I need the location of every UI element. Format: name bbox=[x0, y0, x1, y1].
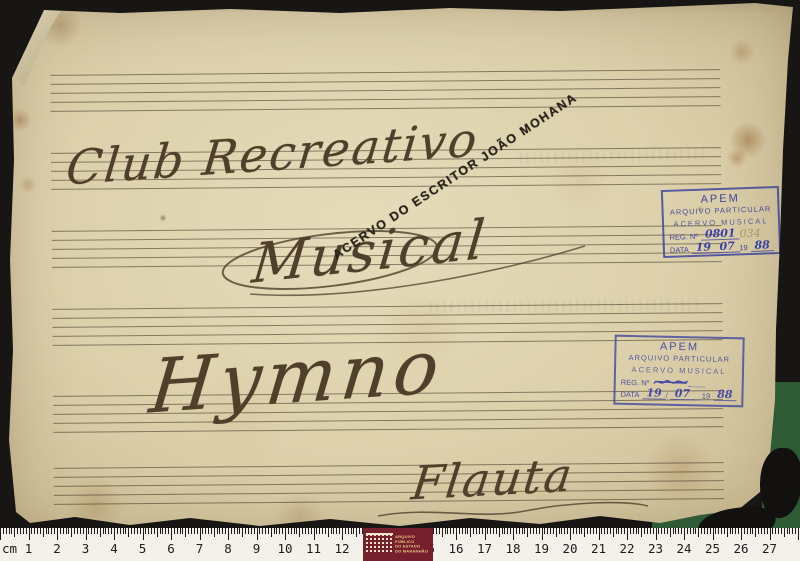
ruler-tick bbox=[228, 528, 229, 540]
ruler-tick bbox=[214, 528, 215, 537]
ruler-tick bbox=[636, 528, 637, 534]
ruler-tick bbox=[148, 528, 149, 534]
ruler-tick bbox=[621, 528, 622, 534]
staff-line bbox=[54, 489, 724, 496]
dotted-line bbox=[694, 392, 702, 400]
ruler-tick bbox=[721, 528, 722, 534]
digitized-manuscript-photo: Club Recreativo Musical Hymno Flauta ACE… bbox=[0, 0, 800, 561]
ruler-tick bbox=[684, 528, 685, 540]
staff-line bbox=[51, 105, 721, 112]
ruler-tick bbox=[271, 528, 272, 537]
ruler-number: 2 bbox=[53, 541, 61, 556]
building-icon bbox=[366, 533, 393, 556]
ruler-tick bbox=[248, 528, 249, 534]
ruler-tick bbox=[3, 528, 4, 534]
ruler-tick bbox=[547, 528, 548, 534]
ruler-tick bbox=[100, 528, 101, 537]
ruler-tick bbox=[151, 528, 152, 534]
ruler-tick bbox=[251, 528, 252, 534]
ruler-number: 22 bbox=[619, 541, 634, 556]
ruler-tick bbox=[245, 528, 246, 534]
stamp-line-arquivo-particular: ARQUIVO PARTICULAR bbox=[621, 353, 737, 364]
ruler-tick bbox=[650, 528, 651, 534]
ruler-tick bbox=[262, 528, 263, 534]
ruler-tick bbox=[770, 528, 771, 540]
ruler-tick bbox=[715, 528, 716, 534]
ruler-tick bbox=[339, 528, 340, 534]
ruler-tick bbox=[131, 528, 132, 534]
ruler-number: 7 bbox=[196, 541, 204, 556]
ruler-number: 26 bbox=[733, 541, 748, 556]
ruler-tick bbox=[328, 528, 329, 537]
ruler-tick bbox=[593, 528, 594, 534]
ruler-tick bbox=[730, 528, 731, 534]
ruler-tick bbox=[125, 528, 126, 534]
ruler-tick bbox=[533, 528, 534, 534]
ruler-tick bbox=[647, 528, 648, 534]
date-month: 07 bbox=[671, 390, 695, 400]
ruler-tick bbox=[670, 528, 671, 537]
staff bbox=[50, 69, 720, 112]
ruler-tick bbox=[114, 528, 115, 540]
ruler-tick bbox=[633, 528, 634, 534]
ruler-tick bbox=[299, 528, 300, 537]
ruler-tick bbox=[14, 528, 15, 537]
ruler-tick bbox=[314, 528, 315, 540]
ruler-tick bbox=[68, 528, 69, 534]
ruler-tick bbox=[701, 528, 702, 534]
ruler-tick bbox=[305, 528, 306, 534]
ruler-tick bbox=[644, 528, 645, 534]
ruler-tick bbox=[561, 528, 562, 534]
ruler-tick bbox=[97, 528, 98, 534]
ruler-tick bbox=[103, 528, 104, 534]
ruler-tick bbox=[727, 528, 728, 537]
ruler-tick bbox=[9, 528, 10, 534]
ruler-tick bbox=[664, 528, 665, 534]
staff-line bbox=[54, 462, 724, 469]
ruler-tick bbox=[200, 528, 201, 540]
ruler-tick bbox=[487, 528, 488, 534]
ruler-tick bbox=[784, 528, 785, 537]
ruler-tick bbox=[467, 528, 468, 534]
ruler-tick bbox=[462, 528, 463, 534]
staff bbox=[54, 462, 724, 505]
ruler-tick bbox=[94, 528, 95, 534]
ruler-tick bbox=[607, 528, 608, 534]
ruler-tick bbox=[279, 528, 280, 534]
ruler-tick bbox=[120, 528, 121, 534]
ruler-tick bbox=[470, 528, 471, 537]
ruler-tick bbox=[573, 528, 574, 534]
ruler-number: 20 bbox=[562, 541, 577, 556]
ruler-tick bbox=[162, 528, 163, 534]
ruler-tick bbox=[687, 528, 688, 534]
ruler-tick bbox=[134, 528, 135, 534]
ruler-tick bbox=[596, 528, 597, 534]
ruler-tick bbox=[590, 528, 591, 534]
ruler-tick bbox=[0, 528, 1, 540]
ruler-tick bbox=[576, 528, 577, 534]
stamp-line-acervo-musical: ACERVO MUSICAL bbox=[621, 365, 737, 376]
ruler-tick bbox=[237, 528, 238, 534]
ruler-number: 23 bbox=[648, 541, 663, 556]
ruler-tick bbox=[137, 528, 138, 534]
ruler-tick bbox=[510, 528, 511, 534]
ruler-tick bbox=[296, 528, 297, 534]
ruler-tick bbox=[553, 528, 554, 534]
ruler-tick bbox=[336, 528, 337, 534]
ruler-tick bbox=[764, 528, 765, 534]
ruler-tick bbox=[225, 528, 226, 534]
ruler-tick bbox=[539, 528, 540, 534]
ruler-tick bbox=[168, 528, 169, 534]
ruler-number: 10 bbox=[277, 541, 292, 556]
ruler-tick bbox=[311, 528, 312, 534]
ruler-tick bbox=[570, 528, 571, 540]
ruler-tick bbox=[239, 528, 240, 534]
ruler-tick bbox=[550, 528, 551, 534]
ruler-tick bbox=[177, 528, 178, 534]
ruler-tick bbox=[211, 528, 212, 534]
date-day: 19 bbox=[692, 243, 716, 254]
ruler-number: 25 bbox=[705, 541, 720, 556]
ruler-tick bbox=[490, 528, 491, 534]
ruler-tick bbox=[23, 528, 24, 534]
ruler-tick bbox=[63, 528, 64, 534]
ruler-tick bbox=[20, 528, 21, 534]
stamp-date-row: DATA 19 07 19 88 bbox=[670, 241, 774, 254]
apem-archive-stamp-2: APEM ARQUIVO PARTICULAR ACERVO MUSICAL R… bbox=[613, 335, 744, 408]
date-separator: / bbox=[666, 392, 668, 400]
ruler-tick bbox=[208, 528, 209, 534]
ruler-tick bbox=[316, 528, 317, 534]
ruler-tick bbox=[274, 528, 275, 534]
ruler-tick bbox=[681, 528, 682, 534]
ruler-tick bbox=[302, 528, 303, 534]
ruler-tick bbox=[747, 528, 748, 534]
ruler-tick bbox=[750, 528, 751, 534]
staff-line bbox=[50, 69, 720, 76]
ruler-tick bbox=[610, 528, 611, 534]
ruler-tick bbox=[257, 528, 258, 540]
ruler-tick bbox=[66, 528, 67, 534]
ruler-number: 24 bbox=[676, 541, 691, 556]
ruler-tick bbox=[140, 528, 141, 534]
ruler-tick bbox=[599, 528, 600, 540]
ruler-tick bbox=[724, 528, 725, 534]
ruler-tick bbox=[60, 528, 61, 534]
ruler-tick bbox=[473, 528, 474, 534]
ruler-tick bbox=[171, 528, 172, 540]
date-year: 88 bbox=[713, 391, 737, 401]
ruler-tick bbox=[735, 528, 736, 534]
ruler-tick bbox=[282, 528, 283, 534]
ruler-tick bbox=[718, 528, 719, 534]
ruler-tick bbox=[157, 528, 158, 537]
ruler-tick bbox=[604, 528, 605, 534]
ruler-tick bbox=[656, 528, 657, 540]
ruler-tick bbox=[690, 528, 691, 534]
ruler-tick bbox=[530, 528, 531, 534]
ruler-tick bbox=[738, 528, 739, 534]
ruler-tick bbox=[86, 528, 87, 540]
ruler-tick bbox=[34, 528, 35, 534]
ruler-tick bbox=[54, 528, 55, 534]
ruler-tick bbox=[433, 528, 434, 534]
staff-line bbox=[50, 87, 720, 94]
ruler-tick bbox=[601, 528, 602, 534]
ruler-number: 11 bbox=[306, 541, 321, 556]
ruler-tick bbox=[527, 528, 528, 537]
staff-line bbox=[50, 96, 720, 103]
ruler-tick bbox=[46, 528, 47, 534]
ruler-number: 4 bbox=[110, 541, 118, 556]
ruler-tick bbox=[496, 528, 497, 534]
ruler-tick bbox=[504, 528, 505, 534]
ruler-tick bbox=[544, 528, 545, 534]
ruler-tick bbox=[624, 528, 625, 534]
ruler-tick bbox=[43, 528, 44, 537]
apem-logo-plate: ARQUIVO PÚBLICO DO ESTADO DO MARANHÃO bbox=[363, 528, 433, 561]
ruler-tick bbox=[482, 528, 483, 534]
ruler-tick bbox=[185, 528, 186, 537]
ruler-tick bbox=[789, 528, 790, 534]
ruler-number: 9 bbox=[253, 541, 261, 556]
staff-line bbox=[54, 480, 724, 487]
ruler-tick bbox=[499, 528, 500, 537]
ruler-tick bbox=[265, 528, 266, 534]
date-year: 88 bbox=[750, 241, 774, 252]
ruler-number: 18 bbox=[505, 541, 520, 556]
ruler-number: 21 bbox=[591, 541, 606, 556]
ruler-tick bbox=[160, 528, 161, 534]
ruler-tick bbox=[6, 528, 7, 534]
ruler-tick bbox=[180, 528, 181, 534]
date-label: DATA bbox=[620, 391, 639, 399]
ruler-tick bbox=[71, 528, 72, 537]
ruler-number: 16 bbox=[448, 541, 463, 556]
ruler-tick bbox=[442, 528, 443, 537]
ruler-tick bbox=[713, 528, 714, 540]
ruler-tick bbox=[37, 528, 38, 534]
ruler-tick bbox=[231, 528, 232, 534]
ruler-tick bbox=[542, 528, 543, 540]
ruler-tick bbox=[191, 528, 192, 534]
ruler-tick bbox=[704, 528, 705, 534]
ruler-tick bbox=[661, 528, 662, 534]
ruler-tick bbox=[502, 528, 503, 534]
ruler-tick bbox=[516, 528, 517, 534]
ruler-tick bbox=[630, 528, 631, 534]
ruler-tick bbox=[83, 528, 84, 534]
ruler-tick bbox=[117, 528, 118, 534]
ruler-number: 12 bbox=[334, 541, 349, 556]
ruler-tick bbox=[353, 528, 354, 534]
manuscript-paper: Club Recreativo Musical Hymno Flauta ACE… bbox=[0, 0, 800, 545]
ruler-tick bbox=[222, 528, 223, 534]
ruler-number: 1 bbox=[25, 541, 33, 556]
ruler-unit-label: cm bbox=[2, 541, 17, 556]
ruler-number: 19 bbox=[534, 541, 549, 556]
ruler-tick bbox=[17, 528, 18, 534]
ruler-tick bbox=[31, 528, 32, 534]
ruler-number: 6 bbox=[167, 541, 175, 556]
ruler-tick bbox=[522, 528, 523, 534]
ruler-tick bbox=[439, 528, 440, 534]
ruler-tick bbox=[447, 528, 448, 534]
ruler-tick bbox=[294, 528, 295, 534]
ruler-tick bbox=[194, 528, 195, 534]
ruler-tick bbox=[205, 528, 206, 534]
apem-logo-text: ARQUIVO PÚBLICO DO ESTADO DO MARANHÃO bbox=[395, 535, 428, 554]
ruler-tick bbox=[513, 528, 514, 540]
staff-line bbox=[52, 312, 722, 319]
ruler-tick bbox=[459, 528, 460, 534]
ruler-tick bbox=[77, 528, 78, 534]
ruler-tick bbox=[741, 528, 742, 540]
ruler-tick bbox=[752, 528, 753, 534]
ruler-tick bbox=[781, 528, 782, 534]
ruler-tick bbox=[564, 528, 565, 534]
staff-line bbox=[50, 78, 720, 85]
ruler-tick bbox=[587, 528, 588, 534]
ruler-tick bbox=[465, 528, 466, 534]
ruler-tick bbox=[536, 528, 537, 534]
date-century-printed: 19 bbox=[739, 244, 748, 252]
ruler-tick bbox=[188, 528, 189, 534]
ruler-tick bbox=[641, 528, 642, 537]
ruler-tick bbox=[450, 528, 451, 534]
ruler-tick bbox=[242, 528, 243, 537]
ruler-tick bbox=[616, 528, 617, 534]
ruler-tick bbox=[707, 528, 708, 534]
ruler-tick bbox=[145, 528, 146, 534]
ruler-tick bbox=[678, 528, 679, 534]
ruler-tick bbox=[348, 528, 349, 534]
ruler-tick bbox=[197, 528, 198, 534]
ruler-tick bbox=[308, 528, 309, 534]
ruler-tick bbox=[675, 528, 676, 534]
ruler-tick bbox=[128, 528, 129, 537]
ruler-tick bbox=[584, 528, 585, 537]
ruler-tick bbox=[48, 528, 49, 534]
ruler-tick bbox=[276, 528, 277, 534]
ruler-tick bbox=[359, 528, 360, 534]
ruler-number: 3 bbox=[82, 541, 90, 556]
ruler-tick bbox=[91, 528, 92, 534]
ruler-tick bbox=[322, 528, 323, 534]
ruler-tick bbox=[775, 528, 776, 534]
ruler-tick bbox=[556, 528, 557, 537]
ruler-tick bbox=[698, 528, 699, 537]
ruler-tick bbox=[493, 528, 494, 534]
ruler-tick bbox=[105, 528, 106, 534]
date-month: 07 bbox=[715, 242, 739, 253]
ruler-tick bbox=[57, 528, 58, 540]
staff-line bbox=[54, 498, 724, 505]
ruler-tick bbox=[202, 528, 203, 534]
ruler-tick bbox=[319, 528, 320, 534]
ruler-tick bbox=[217, 528, 218, 534]
ruler-tick bbox=[154, 528, 155, 534]
ruler-tick bbox=[219, 528, 220, 534]
ruler-tick bbox=[618, 528, 619, 534]
ruler-tick bbox=[351, 528, 352, 534]
ruler-tick bbox=[519, 528, 520, 534]
ruler-tick bbox=[40, 528, 41, 534]
ruler-tick bbox=[445, 528, 446, 534]
ruler-tick bbox=[787, 528, 788, 534]
handwritten-title-flauta: Flauta bbox=[409, 448, 577, 511]
ruler-tick bbox=[667, 528, 668, 534]
ruler-tick bbox=[342, 528, 343, 540]
ruler-tick bbox=[693, 528, 694, 534]
ruler-tick bbox=[259, 528, 260, 534]
ruler-tick bbox=[80, 528, 81, 534]
ruler-tick bbox=[356, 528, 357, 537]
reg-label: REG. Nº bbox=[669, 233, 698, 241]
ruler-tick bbox=[695, 528, 696, 534]
ruler-tick bbox=[74, 528, 75, 534]
ruler-tick bbox=[755, 528, 756, 537]
logo-line: DO MARANHÃO bbox=[395, 549, 428, 554]
ruler-tick bbox=[174, 528, 175, 534]
ruler-tick bbox=[798, 528, 799, 540]
ruler-tick bbox=[325, 528, 326, 534]
ruler-tick bbox=[627, 528, 628, 540]
ruler-tick bbox=[285, 528, 286, 540]
measurement-ruler: cm 1234567891011121314151617181920212223… bbox=[0, 528, 800, 561]
ruler-tick bbox=[507, 528, 508, 534]
ruler-tick bbox=[778, 528, 779, 534]
ruler-tick bbox=[234, 528, 235, 534]
date-day: 19 bbox=[642, 389, 666, 399]
stamp-date-row: DATA 19 / 07 19 88 bbox=[620, 389, 736, 401]
ruler-tick bbox=[182, 528, 183, 534]
ruler-tick bbox=[143, 528, 144, 540]
ruler-tick bbox=[581, 528, 582, 534]
ruler-tick bbox=[254, 528, 255, 534]
ruler-tick bbox=[456, 528, 457, 540]
ruler-number: 27 bbox=[762, 541, 777, 556]
ruler-tick bbox=[123, 528, 124, 534]
ruler-tick bbox=[453, 528, 454, 534]
ruler-tick bbox=[579, 528, 580, 534]
ruler-number: 5 bbox=[139, 541, 147, 556]
ruler-tick bbox=[638, 528, 639, 534]
ruler-tick bbox=[331, 528, 332, 534]
ruler-tick bbox=[758, 528, 759, 534]
ruler-tick bbox=[744, 528, 745, 534]
ruler-tick bbox=[268, 528, 269, 534]
ruler-tick bbox=[108, 528, 109, 534]
ruler-tick bbox=[710, 528, 711, 534]
ruler-number: 8 bbox=[224, 541, 232, 556]
stamp-org-name: APEM bbox=[621, 340, 737, 355]
ruler-tick bbox=[524, 528, 525, 534]
ruler-tick bbox=[436, 528, 437, 534]
ruler-tick bbox=[51, 528, 52, 534]
ruler-tick bbox=[613, 528, 614, 537]
ruler-tick bbox=[29, 528, 30, 540]
ruler-tick bbox=[567, 528, 568, 534]
torn-paper-shadow bbox=[760, 448, 800, 518]
ruler-tick bbox=[88, 528, 89, 534]
date-century-printed: 19 bbox=[702, 393, 710, 401]
reg-label: REG. Nº bbox=[621, 378, 650, 386]
ruler-tick bbox=[26, 528, 27, 534]
